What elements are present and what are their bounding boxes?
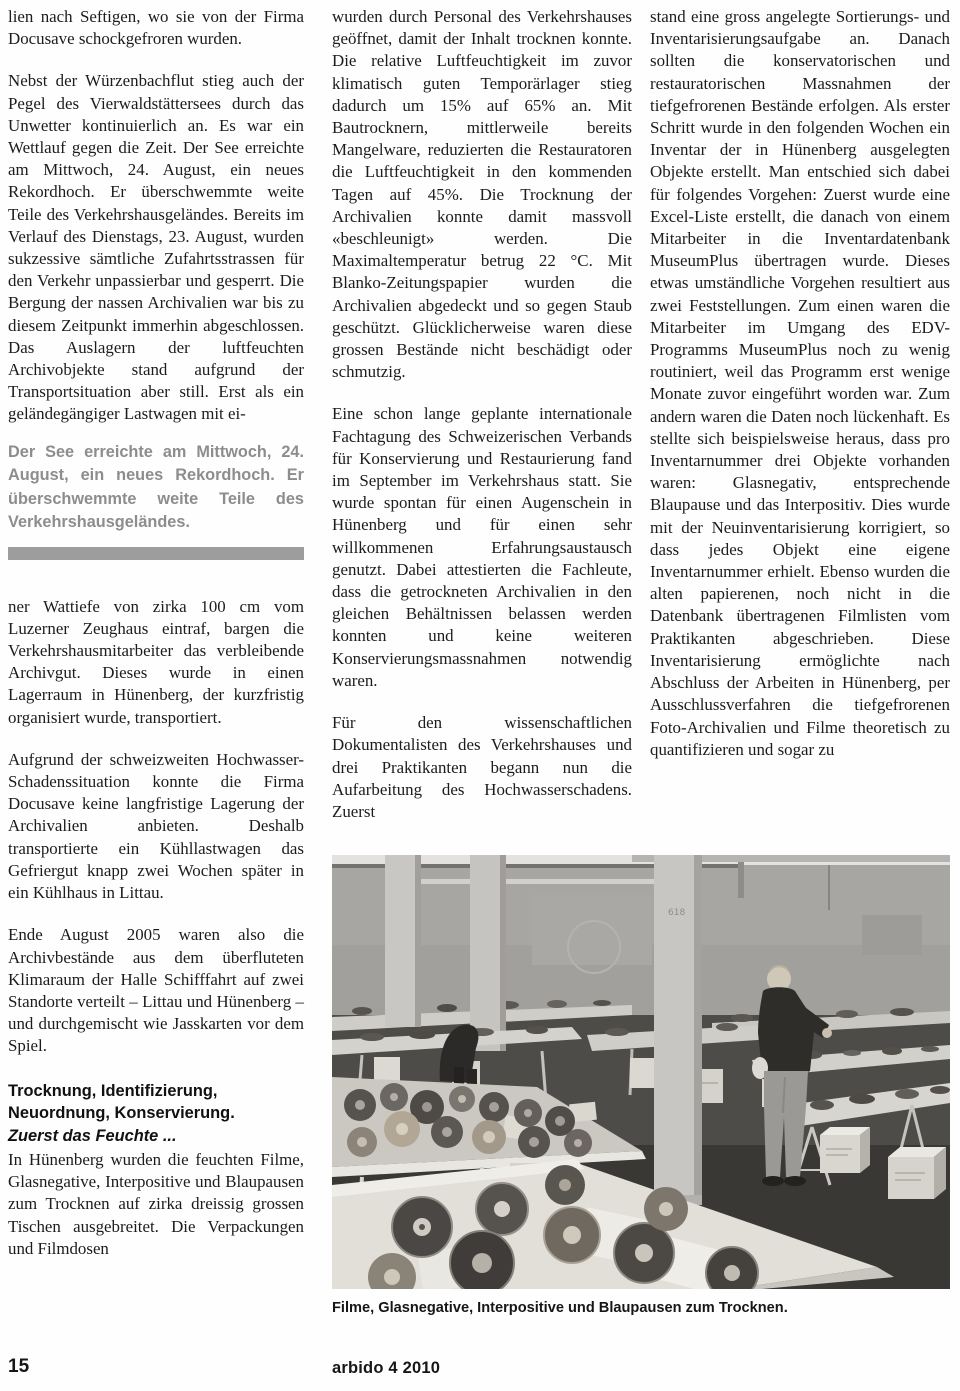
section-subheading: Zuerst das Feuchte ... (8, 1125, 304, 1148)
photo-illustration: 618 (332, 855, 950, 1289)
paragraph: wurden durch Personal des Verkehrshauses… (332, 6, 632, 383)
photo-center-pillar: 618 (654, 855, 702, 1205)
article-column-left: lien nach Seftigen, wo sie von der Firma… (8, 6, 304, 1317)
article-right-region: wurden durch Personal des Verkehrshauses… (332, 6, 950, 1317)
photo-caption: Filme, Glasnegative, Interpositive und B… (332, 1299, 950, 1317)
two-column-text: wurden durch Personal des Verkehrshauses… (332, 6, 950, 855)
section-divider-bar (8, 547, 304, 560)
pull-quote: Der See erreichte am Mittwoch, 24. Augus… (8, 441, 304, 535)
paragraph: Ende August 2005 waren also die Archivbe… (8, 924, 304, 1057)
section-heading: Trocknung, Identifizierung, Neuordnung, … (8, 1080, 304, 1125)
journal-footer: arbido 4 2010 (332, 1359, 440, 1378)
photo-drying-hall: 618 (332, 855, 950, 1289)
article-column-middle: wurden durch Personal des Verkehrshauses… (332, 6, 632, 855)
paragraph: In Hünenberg wurden die feuchten Filme, … (8, 1149, 304, 1260)
paragraph: Nebst der Würzenbachflut stieg auch der … (8, 70, 304, 425)
paragraph: Für den wissenschaftlichen Dokumentalist… (332, 712, 632, 823)
paragraph: stand eine gross angelegte Sortierungs- … (650, 6, 950, 761)
magazine-page: lien nach Seftigen, wo sie von der Firma… (0, 0, 960, 1391)
paragraph: ner Wattiefe von zirka 100 cm vom Luzern… (8, 596, 304, 729)
article-columns: lien nach Seftigen, wo sie von der Firma… (0, 0, 960, 1317)
svg-text:618: 618 (668, 908, 685, 918)
paragraph: lien nach Seftigen, wo sie von der Firma… (8, 6, 304, 50)
page-number: 15 (8, 1356, 29, 1378)
paragraph: Eine schon lange geplante internationale… (332, 403, 632, 692)
article-column-right: stand eine gross angelegte Sortierungs- … (650, 6, 950, 855)
paragraph: Aufgrund der schweizweiten Hochwasser-Sc… (8, 749, 304, 904)
